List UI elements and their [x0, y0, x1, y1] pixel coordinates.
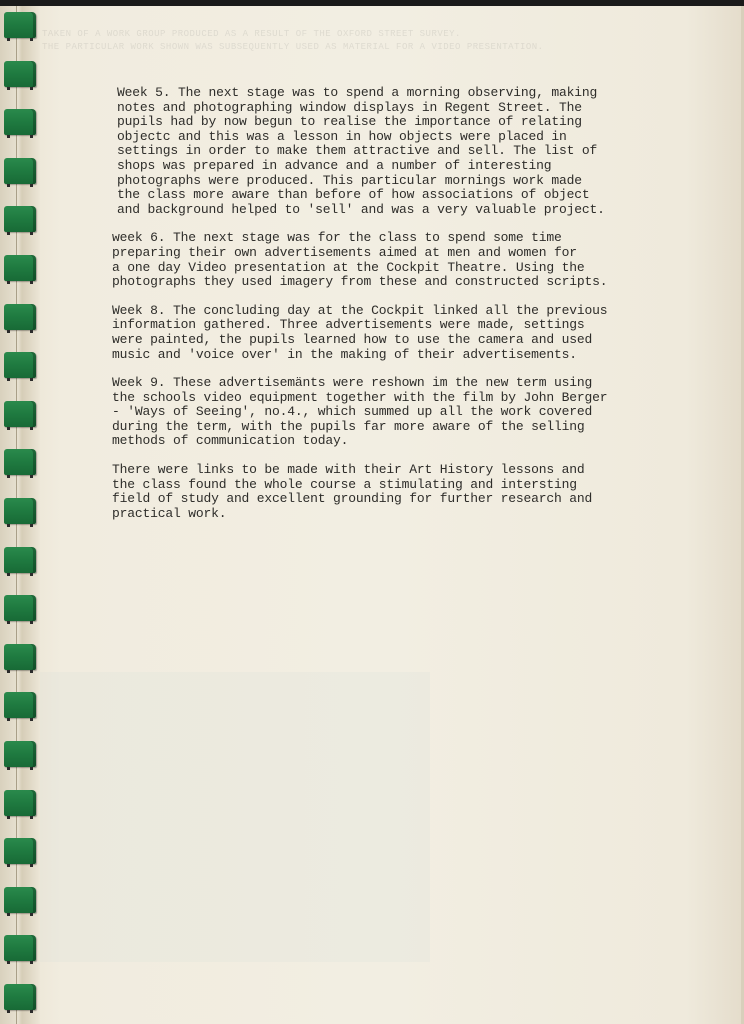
- spiral-ring: [4, 255, 36, 281]
- paragraph-week-8: Week 8. The concluding day at the Cockpi…: [112, 304, 712, 362]
- spiral-ring: [4, 887, 36, 913]
- spiral-ring: [4, 547, 36, 573]
- spiral-ring: [4, 838, 36, 864]
- spiral-ring: [4, 498, 36, 524]
- spiral-ring: [4, 984, 36, 1010]
- spiral-ring: [4, 352, 36, 378]
- spiral-ring: [4, 741, 36, 767]
- typed-text-body: Week 5. The next stage was to spend a mo…: [112, 86, 712, 535]
- show-through-header-line-2: THE PARTICULAR WORK SHOWN WAS SUBSEQUENT…: [42, 42, 544, 52]
- spiral-ring: [4, 206, 36, 232]
- spiral-ring: [4, 449, 36, 475]
- spiral-ring: [4, 61, 36, 87]
- spiral-ring: [4, 790, 36, 816]
- paragraph-week-9: Week 9. These advertisemänts were reshow…: [112, 376, 712, 449]
- spiral-ring: [4, 692, 36, 718]
- paragraph-conclusion: There were links to be made with their A…: [112, 463, 712, 521]
- spiral-ring: [4, 644, 36, 670]
- show-through-header-line-1: TAKEN OF A WORK GROUP PRODUCED AS A RESU…: [42, 29, 461, 39]
- spiral-ring: [4, 935, 36, 961]
- spiral-ring: [4, 158, 36, 184]
- paragraph-week-5: Week 5. The next stage was to spend a mo…: [117, 86, 712, 217]
- spiral-ring: [4, 12, 36, 38]
- spiral-ring: [4, 595, 36, 621]
- spiral-ring: [4, 401, 36, 427]
- show-through-image: [40, 672, 430, 962]
- spiral-ring: [4, 109, 36, 135]
- paragraph-week-6: week 6. The next stage was for the class…: [112, 231, 712, 289]
- spiral-ring: [4, 304, 36, 330]
